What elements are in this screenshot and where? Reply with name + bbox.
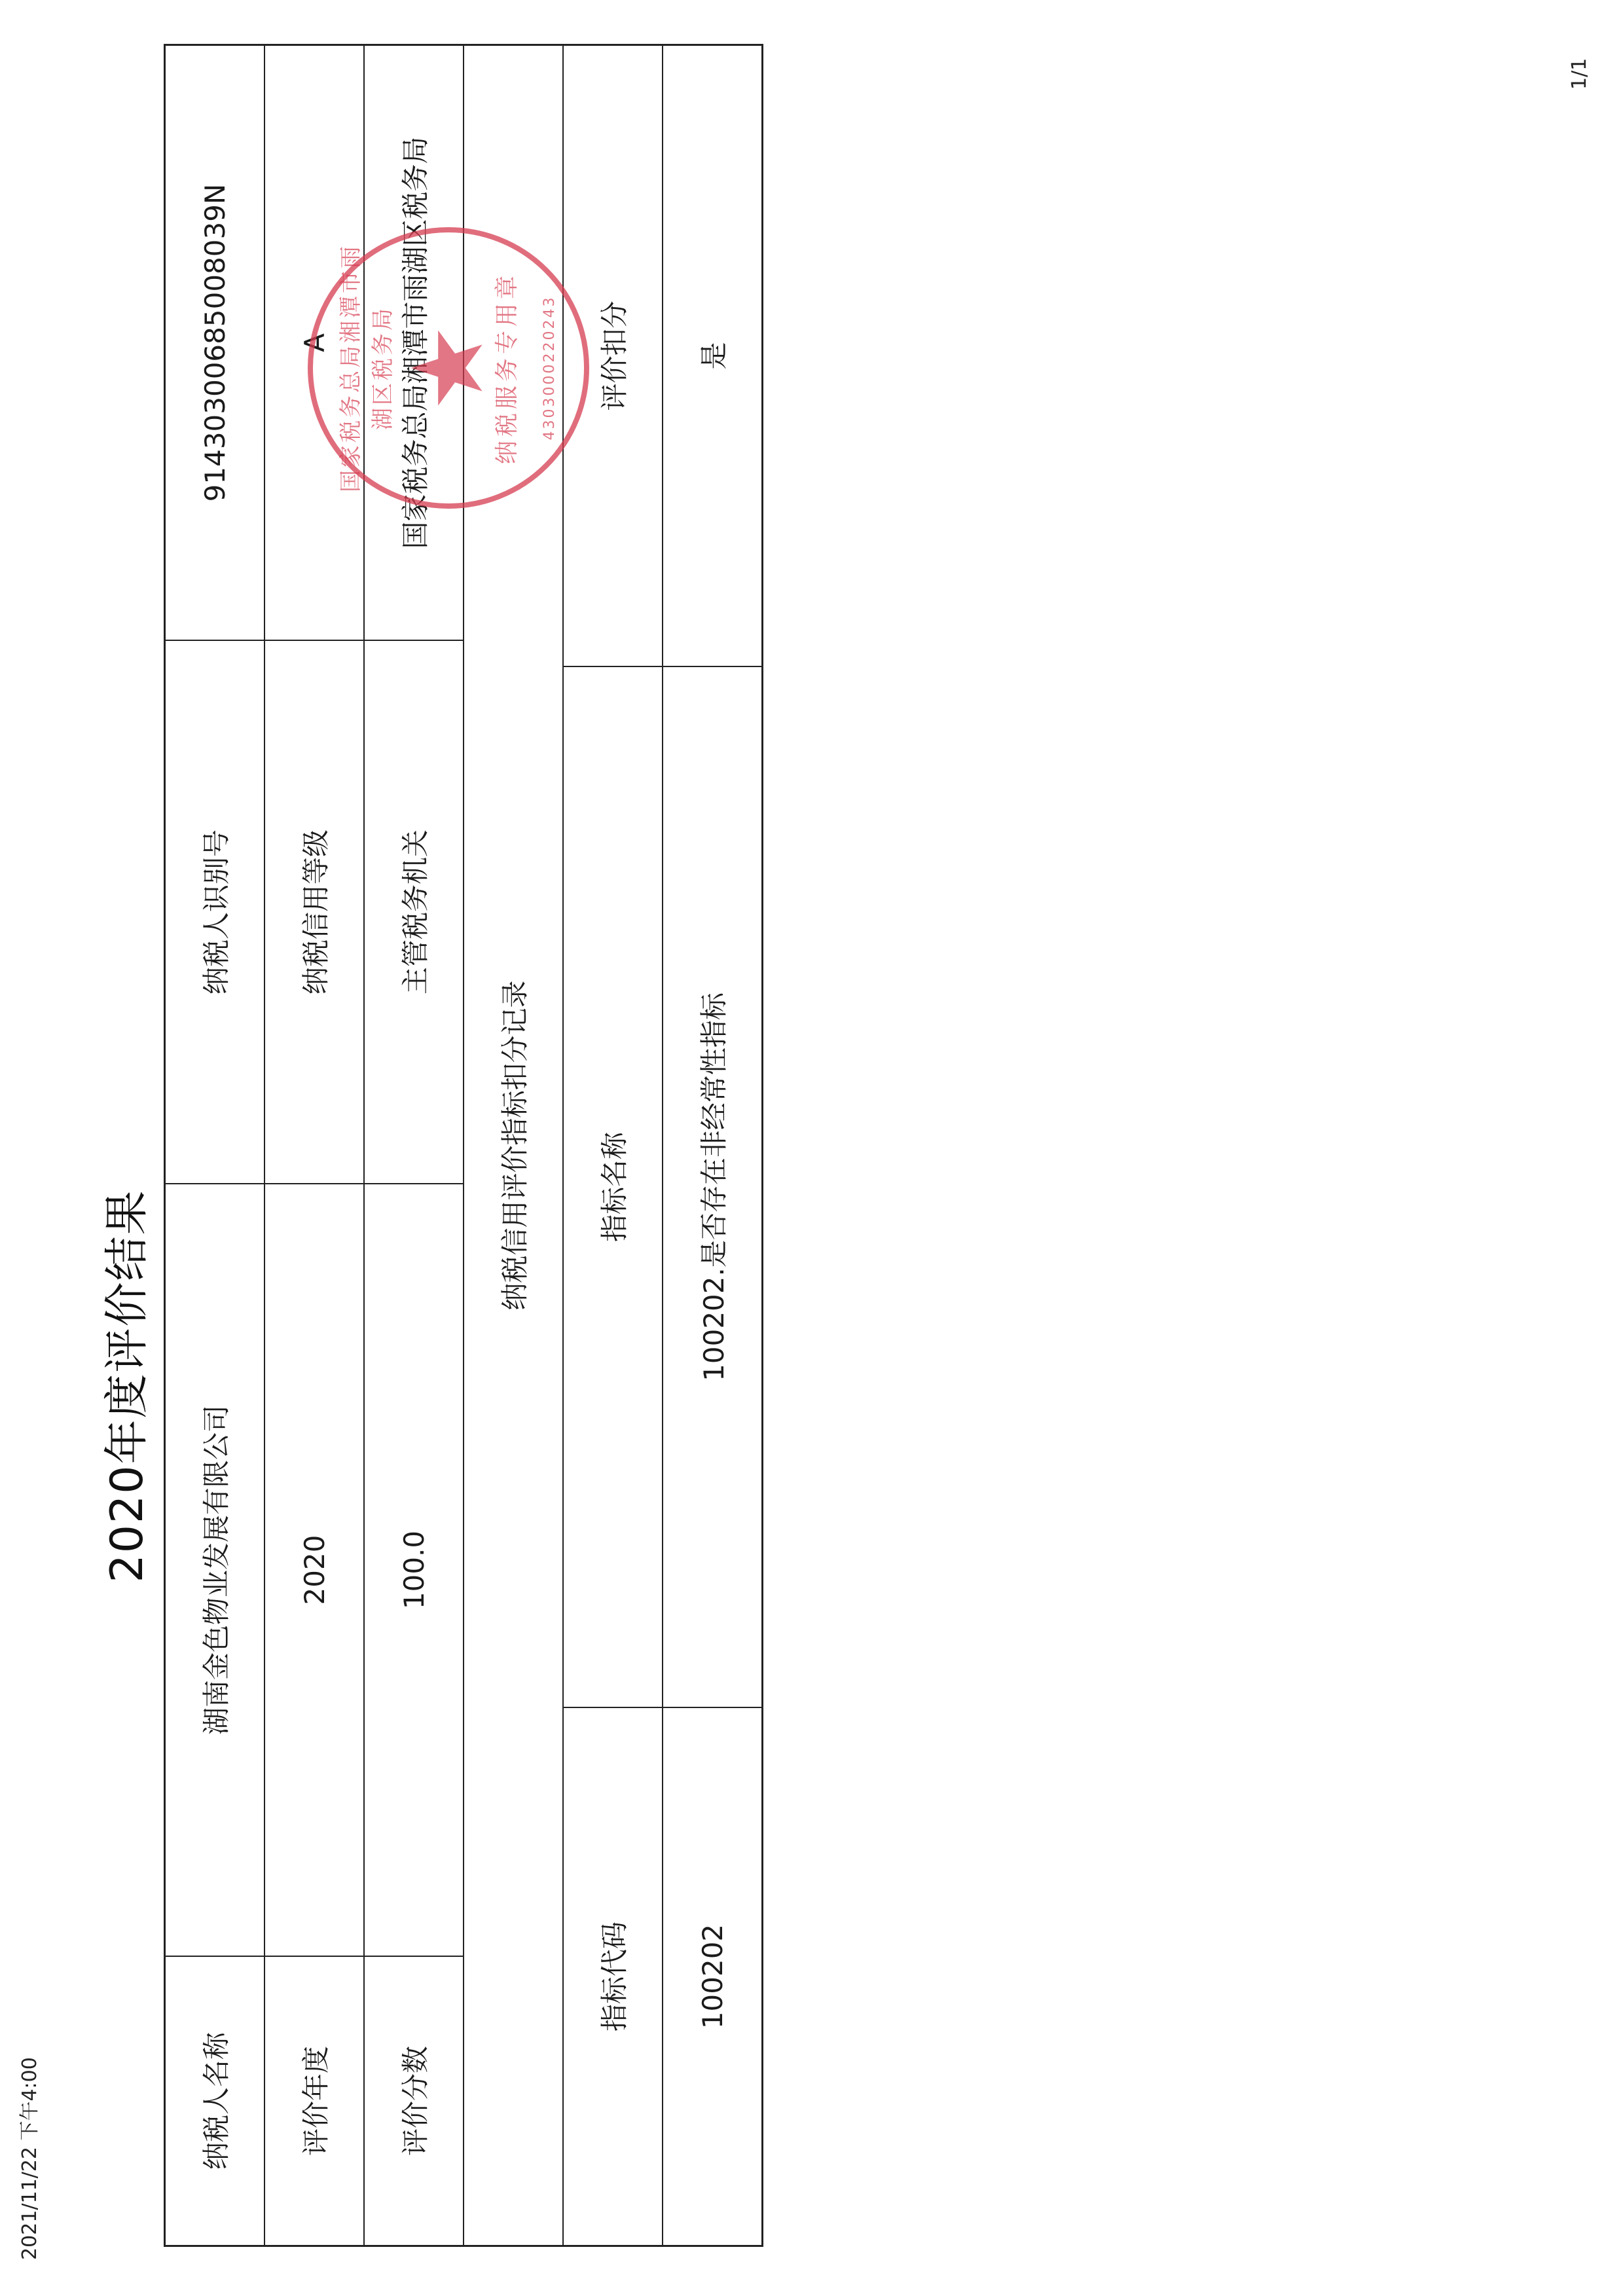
deduction-value: 是 — [663, 46, 761, 667]
indicator-name: 100202.是否存在非经常性指标 — [663, 667, 761, 1708]
value-taxpayer-id: 91430300685008039N — [166, 46, 264, 641]
deduction-section-heading-row: 纳税信用评价指标扣分记录 — [463, 46, 562, 2245]
label-tax-authority: 主管税务机关 — [365, 641, 463, 1184]
print-timestamp: 2021/11/22 下午4:00 — [13, 2057, 42, 2260]
label-evaluation-year: 评价年度 — [265, 1957, 363, 2245]
page-indicator: 1/1 — [1568, 58, 1591, 90]
label-credit-grade: 纳税信用等级 — [265, 641, 363, 1184]
table-row: 100202 100202.是否存在非经常性指标 是 — [662, 46, 761, 2245]
info-row-evaluation-score: 评价分数 100.0 主管税务机关 国家税务总局湘潭市雨湖区税务局 — [363, 46, 463, 2245]
column-header-deduction: 评价扣分 — [564, 46, 662, 667]
deduction-section-heading: 纳税信用评价指标扣分记录 — [464, 46, 562, 2245]
column-header-indicator-code: 指标代码 — [564, 1708, 662, 2245]
evaluation-result-table: 纳税人名称 湖南金色物业发展有限公司 纳税人识别号 91430300685008… — [164, 44, 763, 2247]
value-credit-grade: A — [265, 46, 363, 641]
value-evaluation-year: 2020 — [265, 1184, 363, 1957]
value-evaluation-score: 100.0 — [365, 1184, 463, 1957]
info-row-taxpayer-name: 纳税人名称 湖南金色物业发展有限公司 纳税人识别号 91430300685008… — [166, 46, 264, 2245]
document-title: 2020年度评价结果 — [92, 476, 155, 2296]
value-taxpayer-name: 湖南金色物业发展有限公司 — [166, 1184, 264, 1957]
document-sheet: 2021/11/22 下午4:00 1/1 2020年度评价结果 纳税人名称 湖… — [0, 0, 1623, 2296]
label-taxpayer-id: 纳税人识别号 — [166, 641, 264, 1184]
deduction-header-row: 指标代码 指标名称 评价扣分 — [562, 46, 662, 2245]
value-tax-authority: 国家税务总局湘潭市雨湖区税务局 — [365, 46, 463, 641]
label-evaluation-score: 评价分数 — [365, 1957, 463, 2245]
info-row-evaluation-year: 评价年度 2020 纳税信用等级 A — [264, 46, 363, 2245]
column-header-indicator-name: 指标名称 — [564, 667, 662, 1708]
indicator-code: 100202 — [663, 1708, 761, 2245]
label-taxpayer-name: 纳税人名称 — [166, 1957, 264, 2245]
